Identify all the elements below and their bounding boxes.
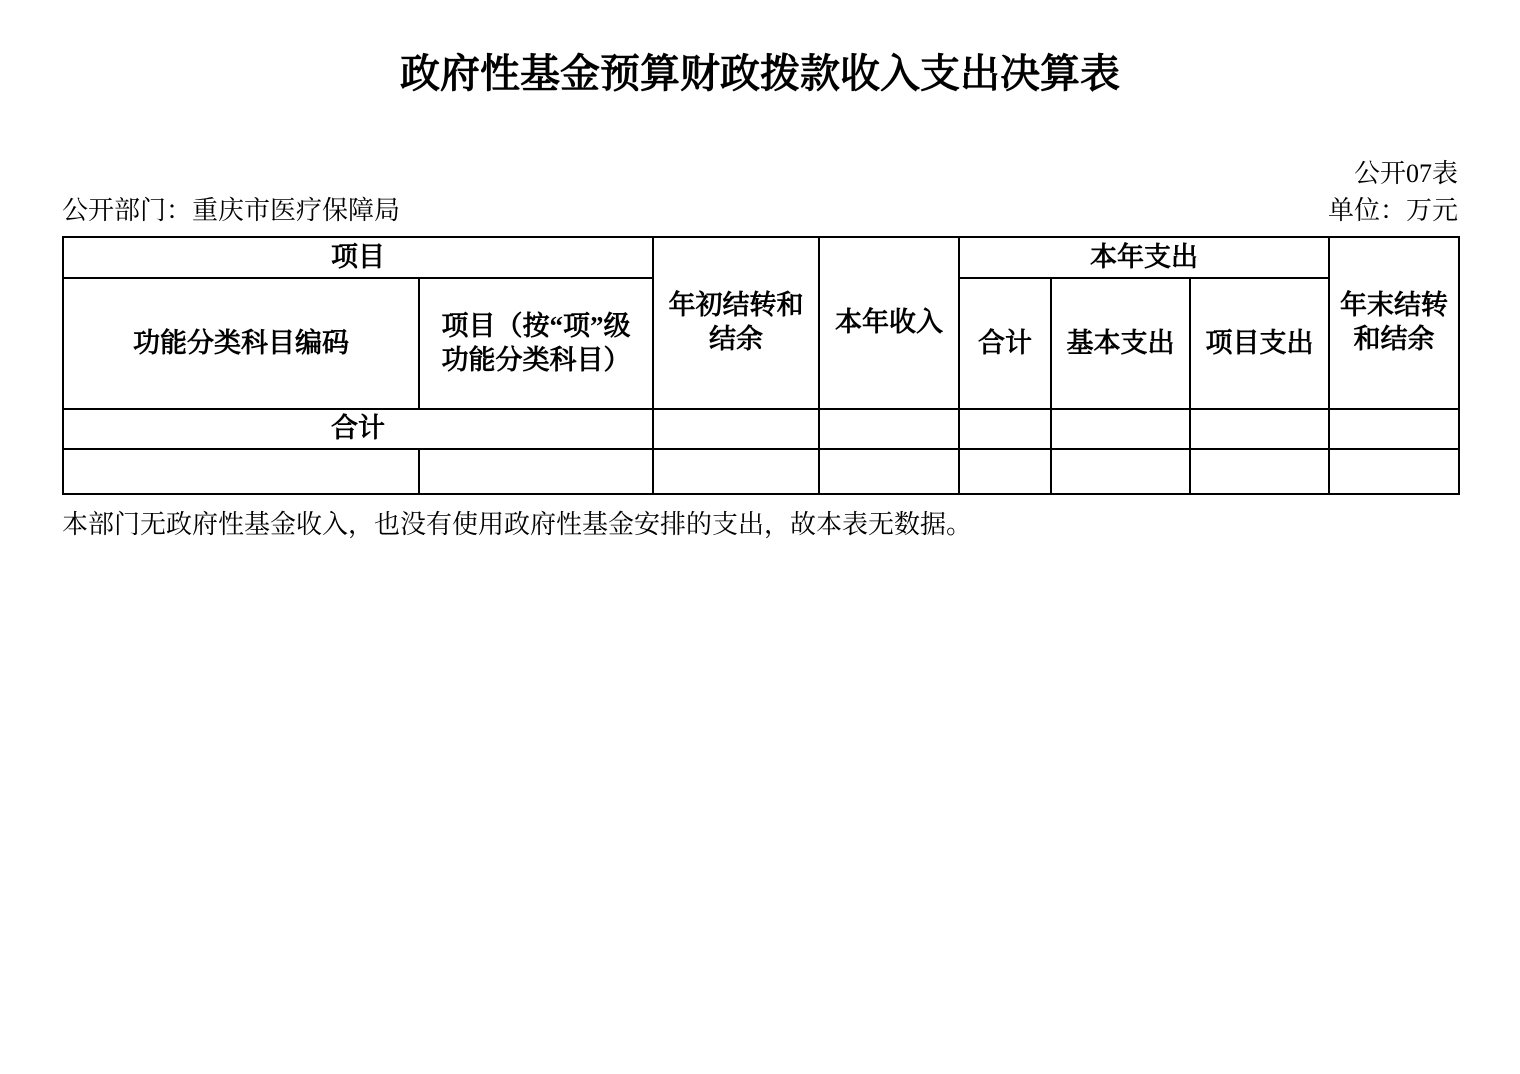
unit-label: 单位：万元 <box>1328 194 1458 228</box>
data-opening-cell <box>653 449 819 494</box>
data-item-cell <box>419 449 653 494</box>
total-exp-project-cell <box>1190 409 1329 449</box>
header-closing-balance: 年末结转 和结余 <box>1329 237 1459 409</box>
total-row: 合计 <box>63 409 1459 449</box>
data-exp-total-cell <box>959 449 1051 494</box>
data-row <box>63 449 1459 494</box>
total-exp-basic-cell <box>1051 409 1190 449</box>
header-project-group: 项目 <box>63 237 653 278</box>
total-income-cell <box>819 409 959 449</box>
header-exp-total: 合计 <box>959 278 1051 409</box>
header-exp-basic: 基本支出 <box>1051 278 1190 409</box>
total-row-label: 合计 <box>63 409 653 449</box>
data-closing-cell <box>1329 449 1459 494</box>
header-row-1: 项目 年初结转和 结余 本年收入 本年支出 年末结转 和结余 <box>63 237 1459 278</box>
footnote: 本部门无政府性基金收入，也没有使用政府性基金安排的支出，故本表无数据。 <box>62 508 1458 542</box>
header-opening-balance: 年初结转和 结余 <box>653 237 819 409</box>
header-exp-project: 项目支出 <box>1190 278 1329 409</box>
total-closing-cell <box>1329 409 1459 449</box>
department-label: 公开部门：重庆市医疗保障局 <box>62 194 400 228</box>
data-income-cell <box>819 449 959 494</box>
report-page: 政府性基金预算财政拨款收入支出决算表 公开07表 公开部门：重庆市医疗保障局 单… <box>0 0 1520 1074</box>
fund-budget-table: 项目 年初结转和 结余 本年收入 本年支出 年末结转 和结余 功能分类科目编码 … <box>62 236 1460 495</box>
meta-row: 公开部门：重庆市医疗保障局 单位：万元 <box>62 194 1458 228</box>
header-project-item: 项目（按“项”级 功能分类科目） <box>419 278 653 409</box>
total-opening-cell <box>653 409 819 449</box>
data-exp-basic-cell <box>1051 449 1190 494</box>
data-code-cell <box>63 449 419 494</box>
header-function-code: 功能分类科目编码 <box>63 278 419 409</box>
page-title: 政府性基金预算财政拨款收入支出决算表 <box>62 50 1458 98</box>
data-exp-project-cell <box>1190 449 1329 494</box>
total-exp-total-cell <box>959 409 1051 449</box>
table-code: 公开07表 <box>62 158 1458 190</box>
header-current-income: 本年收入 <box>819 237 959 409</box>
header-expenditure-group: 本年支出 <box>959 237 1329 278</box>
